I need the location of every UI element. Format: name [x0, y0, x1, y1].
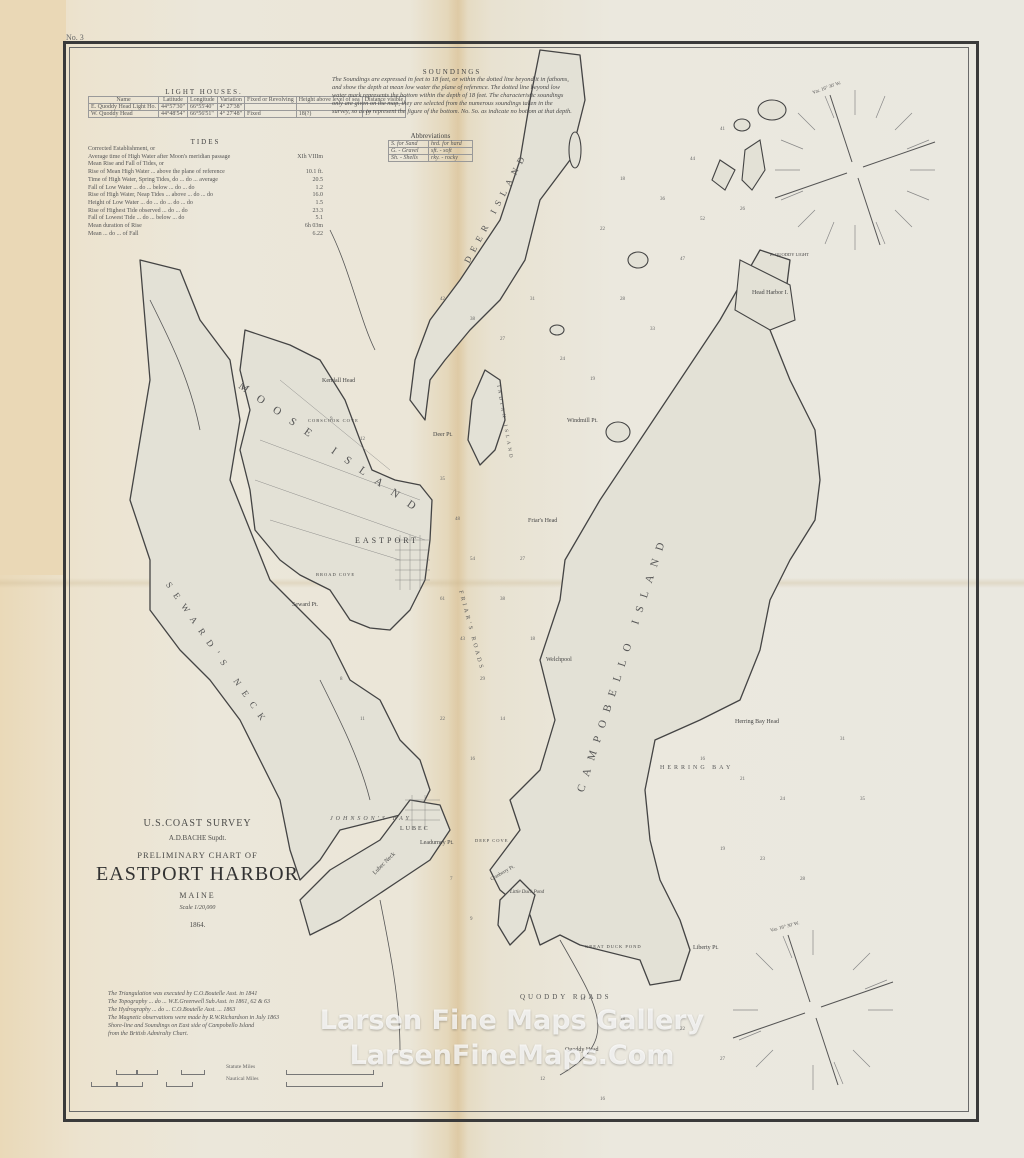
soundings-note: SOUNDINGS The Soundings are expressed in…	[332, 68, 572, 116]
svg-text:47: 47	[680, 257, 686, 262]
svg-text:38: 38	[500, 597, 506, 602]
label-welchpool: Welchpool	[546, 657, 572, 663]
tide-row: Time of High Water, Spring Tides, do ...…	[88, 177, 323, 185]
svg-text:27: 27	[500, 337, 506, 342]
svg-text:23: 23	[760, 857, 766, 862]
label-quoddy-roads: QUODDY ROADS	[520, 993, 612, 1001]
campobello-island	[490, 250, 820, 985]
svg-text:52: 52	[700, 217, 706, 222]
label-herring-bay-head: Herring Bay Head	[735, 719, 779, 725]
svg-text:16: 16	[600, 1097, 606, 1102]
label-eastport: EASTPORT	[355, 536, 419, 545]
table-row: G. - Gravelsft. - soft	[389, 148, 473, 155]
label-windmill-pt: Windmill Pt.	[567, 418, 598, 424]
tide-row: Rise of Mean High Water ... above the pl…	[88, 169, 323, 177]
label-broad-cove: BROAD COVE	[316, 572, 355, 577]
svg-text:29: 29	[480, 677, 486, 682]
svg-text:16: 16	[470, 757, 476, 762]
label-seward-pt: Seward Pt.	[292, 602, 318, 608]
svg-text:44: 44	[690, 157, 696, 162]
tide-row: Fall of Lowest Tide ... do ... below ...…	[88, 215, 323, 223]
svg-text:11: 11	[360, 717, 365, 722]
label-herring-bay: HERRING BAY	[660, 765, 733, 771]
chart-title: EASTPORT HARBOR	[95, 863, 300, 886]
svg-text:21: 21	[740, 777, 746, 782]
tides-title: TIDES	[88, 138, 323, 146]
svg-text:24: 24	[560, 357, 566, 362]
svg-text:35: 35	[860, 797, 866, 802]
label-head-harbor: Head Harbor I.	[752, 290, 788, 296]
svg-text:31: 31	[840, 737, 846, 742]
svg-text:12: 12	[360, 437, 366, 442]
lighthouses-table: LIGHT HOUSES. Name Latitude Longitude Va…	[88, 88, 320, 118]
label-lubec: LUBEC	[400, 826, 430, 832]
label-cobscook-cove: COBSCOOK COVE	[308, 418, 359, 423]
svg-text:22: 22	[600, 227, 606, 232]
label-little-duck-pond: Little Duck Pond	[510, 890, 544, 895]
svg-text:38: 38	[470, 317, 476, 322]
abbreviations-title: Abbreviations	[388, 132, 473, 140]
svg-text:42: 42	[440, 297, 446, 302]
svg-text:9: 9	[470, 917, 473, 922]
label-kendall-head: Kendall Head	[322, 378, 355, 384]
header-latitude: Latitude	[159, 97, 188, 104]
svg-text:12: 12	[540, 1077, 546, 1082]
abbreviations-table: Abbreviations S. for Sandhrd. for hard G…	[388, 132, 473, 162]
label-east-quoddy-light: E. QUODDY LIGHT	[770, 252, 809, 257]
tide-row: Mean ... do ... of Fall6.22	[88, 231, 323, 239]
label-great-duck-pond: GREAT DUCK POND	[585, 944, 642, 949]
svg-text:41: 41	[720, 127, 726, 132]
svg-text:35: 35	[440, 477, 446, 482]
svg-text:43: 43	[460, 637, 466, 642]
header-fixed: Fixed or Revolving	[245, 97, 297, 104]
svg-text:18: 18	[530, 637, 536, 642]
svg-text:54: 54	[470, 557, 476, 562]
compass-rose-north-icon	[770, 85, 940, 255]
chart-title-block: U.S.COAST SURVEY A.D.BACHE Supdt. PRELIM…	[95, 818, 300, 929]
tide-row: Rise of High Water, Neap Tides ... above…	[88, 192, 323, 200]
svg-text:19: 19	[590, 377, 596, 382]
chart-subtitle: PRELIMINARY CHART OF	[95, 850, 300, 860]
superintendent: A.D.BACHE Supdt.	[95, 834, 300, 842]
soundings-text: The Soundings are expressed in feet to 1…	[332, 76, 572, 116]
svg-text:18: 18	[620, 177, 626, 182]
watermark-gallery: Larsen Fine Maps Gallery	[0, 1005, 1024, 1036]
survey-name: U.S.COAST SURVEY	[95, 818, 300, 829]
table-row: Sh. - Shellsrky. - rocky	[389, 155, 473, 162]
tide-row: Height of Low Water ... do ... do ... do…	[88, 200, 323, 208]
svg-text:48: 48	[455, 517, 461, 522]
nautical-miles-label: Nautical Miles	[226, 1076, 259, 1082]
svg-text:27: 27	[520, 557, 526, 562]
chart-year: 1864.	[95, 921, 300, 929]
svg-text:7: 7	[450, 877, 453, 882]
svg-text:31: 31	[530, 297, 536, 302]
svg-text:28: 28	[620, 297, 626, 302]
svg-text:28: 28	[800, 877, 806, 882]
label-liberty-pt: Liberty Pt.	[693, 945, 719, 951]
tide-row: Mean Rise and Fall of Tides, or	[88, 161, 323, 169]
soundings-title: SOUNDINGS	[332, 68, 572, 76]
label-friars-head: Friar's Head	[528, 518, 557, 524]
label-deer-pt: Deer Pt.	[433, 432, 453, 438]
svg-text:24: 24	[780, 797, 786, 802]
chart-scale: Scale 1/20,000	[95, 905, 300, 911]
svg-text:26: 26	[740, 207, 746, 212]
tides-table: TIDES Corrected Establishment, or Averag…	[88, 138, 323, 238]
tide-row: Mean duration of Rise6h 03m	[88, 223, 323, 231]
svg-text:61: 61	[440, 597, 446, 602]
svg-text:19: 19	[720, 847, 726, 852]
label-deep-cove: DEEP COVE	[475, 838, 508, 843]
svg-text:36: 36	[660, 197, 666, 202]
table-row: S. for Sandhrd. for hard	[389, 141, 473, 148]
watermark-url: LarsenFineMaps.Com	[0, 1040, 1024, 1071]
tide-row: Corrected Establishment, or	[88, 146, 323, 154]
svg-text:14: 14	[500, 717, 506, 722]
label-johnsons-bay: JOHNSON'S BAY	[330, 816, 412, 822]
header-longitude: Longitude	[187, 97, 217, 104]
header-name: Name	[89, 97, 159, 104]
label-leadurney-pt: Leadurney Pt.	[420, 840, 454, 846]
chart-state: MAINE	[95, 891, 300, 900]
svg-text:33: 33	[650, 327, 656, 332]
lighthouses-title: LIGHT HOUSES.	[88, 88, 320, 96]
svg-text:16: 16	[700, 757, 706, 762]
svg-text:22: 22	[440, 717, 446, 722]
header-variation: Variation	[217, 97, 244, 104]
